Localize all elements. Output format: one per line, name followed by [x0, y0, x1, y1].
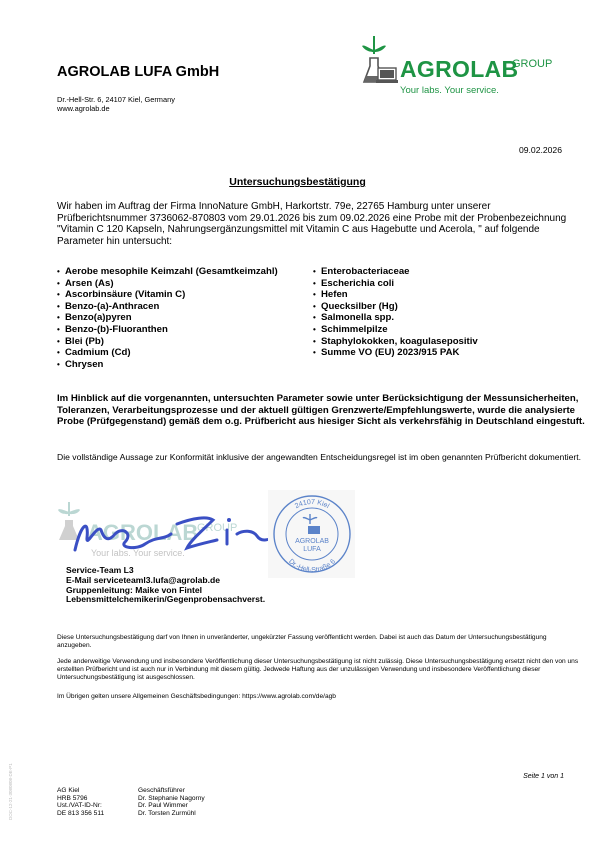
footer-line: Dr. Stephanie Nagorny [138, 795, 205, 803]
company-address: Dr.-Hell-Str. 6, 24107 Kiel, Germany www… [57, 96, 175, 113]
handwritten-signature [67, 504, 277, 564]
list-item: Quecksilber (Hg) [313, 301, 478, 313]
footer-line: HRB 5796 [57, 795, 104, 803]
list-item: Summe VO (EU) 2023/915 PAK [313, 347, 478, 359]
logo-wordmark: AGROLAB [400, 56, 518, 83]
svg-text:24107 Kiel: 24107 Kiel [294, 499, 331, 510]
list-item: Staphylokokken, koagulasepositiv [313, 336, 478, 348]
parameter-list-1: Aerobe mesophile Keimzahl (Gesamtkeimzah… [57, 266, 278, 370]
signer-block: Service-Team L3 E-Mail serviceteaml3.luf… [66, 566, 265, 605]
footer-line: Ust./VAT-ID-Nr: [57, 802, 104, 810]
footer-line: Dr. Paul Wimmer [138, 802, 205, 810]
document-code: DOC-12-21-3080808-DE-P1 [8, 763, 13, 820]
list-item: Hefen [313, 289, 478, 301]
official-stamp: 24107 Kiel Dr.-Hell-Straße 6 AGROLAB LUF… [268, 490, 355, 578]
list-item: Escherichia coli [313, 278, 478, 290]
list-item: Schimmelpilze [313, 324, 478, 336]
list-item: Salmonella spp. [313, 312, 478, 324]
flask-plant-icon [360, 34, 400, 90]
conformity-note: Die vollständige Aussage zur Konformität… [57, 453, 587, 463]
footer-registry: AG Kiel HRB 5796 Ust./VAT-ID-Nr: DE 813 … [57, 787, 104, 817]
list-item: Benzo-(a)-Anthracen [57, 301, 278, 313]
footer-line: AG Kiel [57, 787, 104, 795]
footer-management: Geschäftsführer Dr. Stephanie Nagorny Dr… [138, 787, 205, 817]
footer-line: Geschäftsführer [138, 787, 205, 795]
svg-text:LUFA: LUFA [303, 546, 321, 553]
svg-text:AGROLAB: AGROLAB [295, 538, 329, 545]
legal-note-1: Diese Untersuchungsbestätigung darf von … [57, 634, 582, 650]
list-item: Arsen (As) [57, 278, 278, 290]
intro-paragraph: Wir haben im Auftrag der Firma InnoNatur… [57, 201, 582, 247]
list-item: Enterobacteriaceae [313, 266, 478, 278]
page-number: Seite 1 von 1 [523, 773, 564, 780]
company-name: AGROLAB LUFA GmbH [57, 64, 219, 80]
document-title: Untersuchungsbestätigung [0, 176, 595, 188]
list-item: Cadmium (Cd) [57, 347, 278, 359]
list-item: Ascorbinsäure (Vitamin C) [57, 289, 278, 301]
list-item: Chrysen [57, 359, 278, 371]
document-date: 09.02.2026 [519, 145, 562, 155]
legal-note-2: Jede anderweitige Verwendung und insbeso… [57, 658, 582, 681]
signer-role: Lebensmittelchemikerin/Gegenprobensachve… [66, 595, 265, 605]
list-item: Benzo-(b)-Fluoranthen [57, 324, 278, 336]
parameter-list-2: Enterobacteriaceae Escherichia coli Hefe… [313, 266, 478, 359]
logo-tagline: Your labs. Your service. [400, 85, 499, 96]
stamp-seal-icon: 24107 Kiel Dr.-Hell-Straße 6 AGROLAB LUF… [268, 490, 355, 578]
agrolab-logo: AGROLAB GROUP Your labs. Your service. [360, 30, 570, 102]
list-item: Benzo(a)pyren [57, 312, 278, 324]
footer-line: DE 813 356 511 [57, 810, 104, 818]
website-link[interactable]: www.agrolab.de [57, 105, 175, 114]
terms-link[interactable]: Im Übrigen gelten unsere Allgemeinen Ges… [57, 693, 582, 701]
logo-group: GROUP [512, 58, 552, 70]
footer-line: Dr. Torsten Zurmühl [138, 810, 205, 818]
list-item: Blei (Pb) [57, 336, 278, 348]
list-item: Aerobe mesophile Keimzahl (Gesamtkeimzah… [57, 266, 278, 278]
verdict-paragraph: Im Hinblick auf die vorgenannten, unters… [57, 393, 587, 428]
